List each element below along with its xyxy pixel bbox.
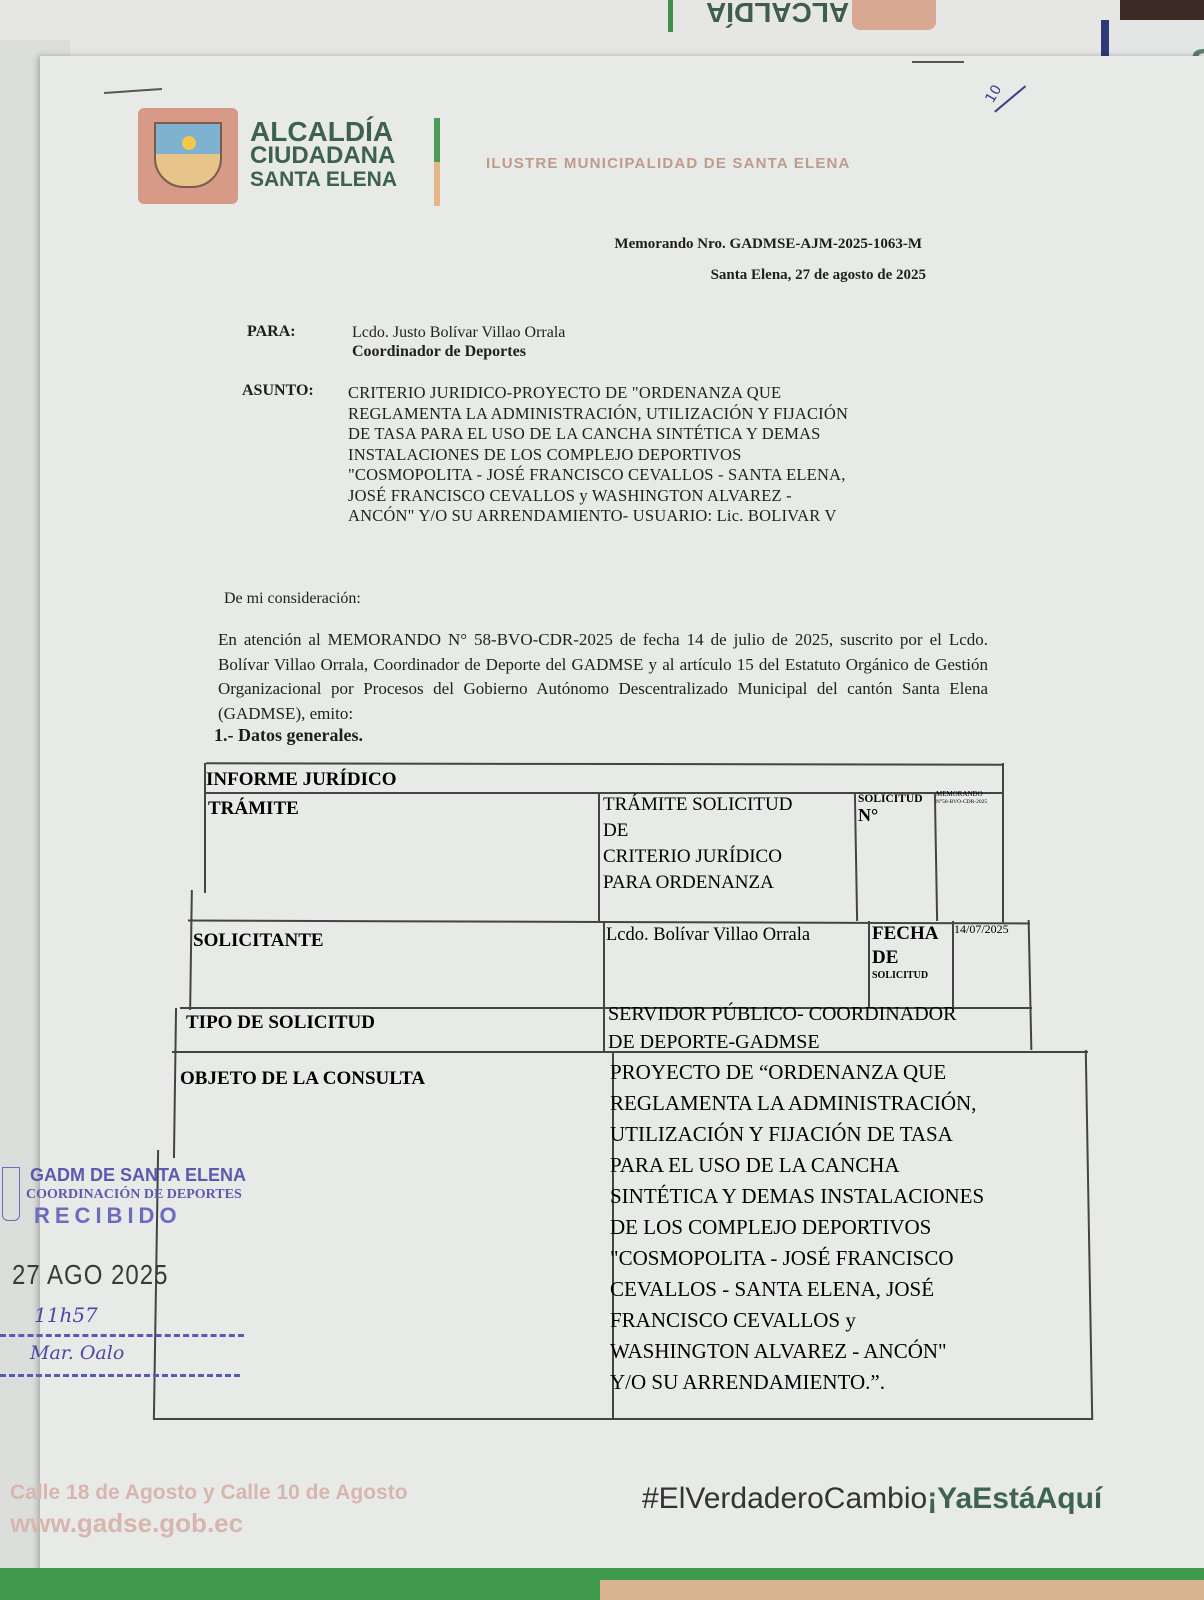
footer-hashtag: #ElVerdaderoCambio¡YaEstáAquí [642,1482,1102,1516]
fecha-solicitud-label: FECHA DE SOLICITUD [872,922,939,982]
addressee-name: Lcdo. Justo Bolívar Villao Orrala [352,324,565,342]
subject-line: "COSMOPOLITA - JOSÉ FRANCISCO CEVALLOS -… [348,465,958,486]
municipal-crest-icon [138,108,238,204]
logo-line-2: CIUDADANA [250,144,397,168]
solicitud-no-value: MEMORANDO N°58-BVO-CDR-2025 [936,790,987,806]
stamp-line-2: COORDINACIÓN DE DEPORTES [26,1187,242,1203]
stamp-date: 27 AGO 2025 [12,1260,168,1292]
greeting: De mi consideración: [224,590,361,608]
logo-line-1: ALCALDÍA [250,120,397,144]
subject-line: REGLAMENTA LA ADMINISTRACIÓN, UTILIZACIÓ… [348,404,958,425]
stamp-line-1: GADM DE SANTA ELENA [30,1165,246,1186]
asunto-label: ASUNTO: [242,382,314,400]
section-title: 1.- Datos generales. [214,725,363,746]
stamp-line-3: RECIBIDO [34,1203,182,1229]
solicitud-no-label: SOLICITUD N° [858,793,923,826]
row-value-tipo-solicitud: SERVIDOR PÚBLICO- COORDINADOR DE DEPORTE… [608,1000,956,1056]
subject-line: CRITERIO JURIDICO-PROYECTO DE "ORDENANZA… [348,383,958,404]
logo-divider-accent [434,162,440,206]
addressee-role: Coordinador de Deportes [352,343,526,361]
handwritten-signature: Mar. Oalo [30,1342,124,1364]
institution-title: ILUSTRE MUNICIPALIDAD DE SANTA ELENA [486,155,851,172]
table-header: INFORME JURÍDICO [206,769,397,791]
logo-line-3: SANTA ELENA [250,168,397,192]
row-label-objeto-consulta: OBJETO DE LA CONSULTA [180,1068,425,1090]
alcaldia-logo: ALCALDÍA CIUDADANA SANTA ELENA [250,120,397,192]
subject-line: DE TASA PARA EL USO DE LA CANCHA SINTÉTI… [348,424,958,445]
logo-divider [434,118,440,162]
para-label: PARA: [247,323,296,341]
footer-address: Calle 18 de Agosto y Calle 10 de Agosto [10,1478,408,1508]
row-label-solicitante: SOLICITANTE [193,930,324,952]
underlying-crest-icon [852,0,936,30]
row-value-solicitante: Lcdo. Bolívar Villao Orrala [606,922,810,948]
subject-line: JOSÉ FRANCISCO CEVALLOS y WASHINGTON ALV… [348,486,958,507]
footer-website: www.gadse.gob.ec [10,1508,408,1538]
memo-number: Memorando Nro. GADMSE-AJM-2025-1063-M [614,236,922,253]
row-label-tipo-solicitud: TIPO DE SOLICITUD [186,1012,375,1034]
fecha-solicitud-value: 14/07/2025 [954,923,1009,935]
subject-line: INSTALACIONES DE LOS COMPLEJO DEPORTIVOS [348,445,958,466]
subject-text: CRITERIO JURIDICO-PROYECTO DE "ORDENANZA… [348,383,958,527]
body-paragraph: En atención al MEMORANDO N° 58-BVO-CDR-2… [218,628,988,726]
row-value-tramite: TRÁMITE SOLICITUD DE CRITERIO JURÍDICO P… [603,792,792,896]
row-value-objeto-consulta: PROYECTO DE “ORDENANZA QUE REGLAMENTA LA… [610,1057,984,1398]
pen-mark [912,61,964,63]
footer-address-block: Calle 18 de Agosto y Calle 10 de Agosto … [10,1478,408,1538]
memo-place-date: Santa Elena, 27 de agosto de 2025 [711,267,926,284]
row-label-tramite: TRÁMITE [208,798,299,820]
underlying-logo-text: ALCALDÍA [706,0,849,28]
handwritten-time: 11h57 [34,1303,98,1327]
underlying-logo-divider [668,0,673,32]
stamp-dashed-line [0,1374,240,1377]
footer-tan-band [600,1580,1204,1600]
subject-line: ANCÓN" Y/O SU ARRENDAMIENTO- USUARIO: Li… [348,506,958,527]
stamp-dashed-line [0,1334,244,1337]
stamp-shield-icon [2,1167,20,1221]
